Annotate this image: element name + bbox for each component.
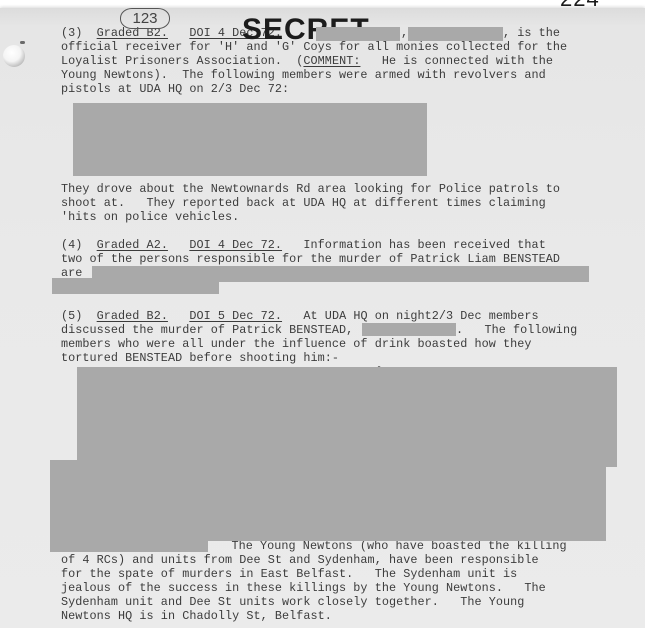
para-5-line: of 4 RCs) and units from Dee St and Syde…: [61, 553, 539, 567]
para-3-line: 'hits on police vehicles.: [61, 210, 239, 224]
para-5-heading: (5) Graded B2. DOI 5 Dec 72. At UDA HQ o…: [61, 309, 539, 323]
hole-punch-mark: [20, 41, 25, 44]
document-page: 123 SECRET (3) Graded B2. DOI 4 Dec 72. …: [0, 8, 645, 628]
comment-label: COMMENT:: [303, 54, 360, 68]
para-5-line: for the spate of murders in East Belfast…: [61, 567, 517, 581]
para-4-doi: DOI 4 Dec 72.: [189, 238, 282, 252]
redaction-block: [362, 323, 456, 336]
para-5-line: Sydenham unit and Dee St units work clos…: [61, 595, 524, 609]
para-5-line: . The following: [456, 323, 577, 337]
para-4-heading: (4) Graded A2. DOI 4 Dec 72. Information…: [61, 238, 546, 252]
redaction-block: [316, 27, 400, 41]
para-3-line: pistols at UDA HQ on 2/3 Dec 72:: [61, 82, 289, 96]
para-5-line: . The Young Newtons (who have boasted th…: [203, 539, 567, 553]
para-3-line: , is the: [503, 26, 560, 40]
para-5-line: Newtons HQ is in Chadolly St, Belfast.: [61, 609, 332, 623]
reference-number: 123: [120, 8, 170, 29]
para-5-number: (5): [61, 309, 82, 323]
redaction-block: [77, 367, 617, 467]
para-3-line: They drove about the Newtownards Rd area…: [61, 182, 560, 196]
redaction-block: [73, 103, 427, 176]
redaction-block: [50, 460, 606, 541]
para-4-line: two of the persons responsible for the m…: [61, 252, 560, 266]
redaction-block: [52, 278, 219, 294]
para-5-line: jealous of the success in these killings…: [61, 581, 546, 595]
para-3-number: (3): [61, 26, 82, 40]
para-4-number: (4): [61, 238, 82, 252]
para-3-line: Loyalist Prisoners Association. (COMMENT…: [61, 54, 553, 68]
para-5-doi: DOI 5 Dec 72.: [189, 309, 282, 323]
para-5-line: members who were all under the influence…: [61, 337, 532, 351]
para-5-grading: Graded B2.: [97, 309, 168, 323]
para-3-line: Young Newtons). The following members we…: [61, 68, 546, 82]
page-number: 224: [560, 0, 600, 12]
redaction-block: [408, 27, 503, 41]
para-5-line: tortured BENSTEAD before shooting him:-: [61, 351, 339, 365]
para-3-line: shoot at. They reported back at UDA HQ a…: [61, 196, 546, 210]
redaction-block: [50, 538, 208, 552]
para-4-grading: Graded A2.: [97, 238, 168, 252]
para-5-line: discussed the murder of Patrick BENSTEAD…: [61, 323, 353, 337]
scan-top-margin: [0, 0, 645, 8]
hole-punch-icon: [3, 45, 25, 67]
